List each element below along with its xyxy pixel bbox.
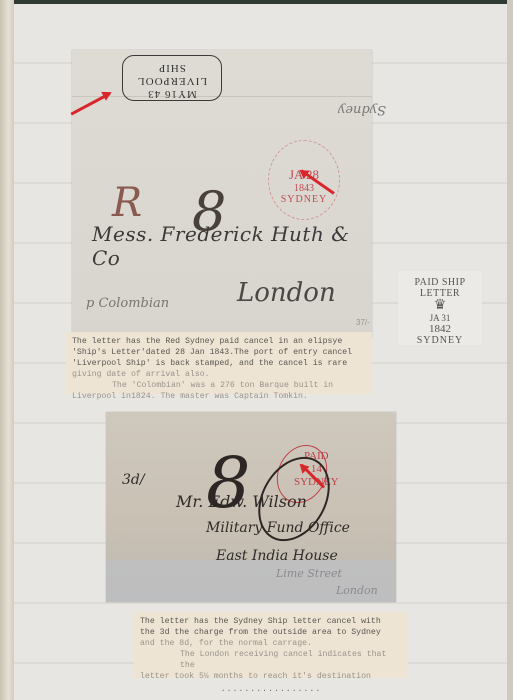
caption-line: giving date of arrival also. [72,369,366,380]
address-line-2: London [237,278,336,308]
caption-line: 'Ship's Letter'dated 28 Jan 1843.The por… [72,347,366,358]
backstamp-town: LIVERPOOL [123,74,221,87]
caption-line: The letter has the Red Sydney paid cance… [72,336,366,347]
caption-cover-2: The letter has the Sydney Ship letter ca… [134,612,408,678]
fold-line [72,96,372,97]
ref-cancel-arc: PAID SHIP LETTER [398,277,482,299]
caption-line: letter took 5½ months to reach it's dest… [140,671,402,682]
ref-cancel-year: 1842 [398,323,482,335]
ref-cancel-city: SYDNEY [398,335,482,346]
cancel-city: SYDNEY [269,194,339,205]
caption-line: 'Liverpool Ship' is back stamped, and th… [72,358,366,369]
page-right-edge [507,0,513,700]
caption-line: and the 8d, for the normal carrage. [140,638,402,649]
address-line-1: Mr. Edw. Wilson [176,492,307,511]
crown-icon: ♛ [398,299,482,313]
ship-endorsement: p Colombian [86,296,169,311]
caption-line: The London receiving cancel indicates th… [140,649,402,671]
ref-cancel-date: JA 31 [398,313,482,323]
cover-1-entire: MY16 43 LIVERPOOL SHIP Sydney JA 28 1843… [72,50,372,338]
cover-2-entire: 3d/ 8 PAID 14 SYDNEY Mr. Edw. Wilson Mil… [106,412,396,602]
address-line-5: London [336,584,378,597]
caption-cover-1: The letter has the Red Sydney paid cance… [66,332,372,394]
backstamp-date: MY16 43 [123,87,221,100]
address-line-4: Lime Street [276,567,342,580]
caption-line: The 'Colombian' was a 276 ton Barque bui… [72,380,366,391]
manuscript-rate-red: R [112,180,142,226]
reference-cancel-illustration: PAID SHIP LETTER ♛ JA 31 1842 SYDNEY [398,271,482,345]
address-line-1: Mess. Frederick Huth & Co [92,222,372,270]
caption-line: Liverpool in1824. The master was Captain… [72,391,366,402]
caption-line: the 3d the charge from the outside area … [140,627,402,638]
manuscript-sydney-note: Sydney [338,102,386,117]
album-binding [0,0,14,700]
caption-divider: ................. [140,684,402,695]
backstamp-type: SHIP [123,61,221,74]
manuscript-rate: 8 [206,442,251,524]
sydney-paid-ship-letter-cancel: JA 28 1843 SYDNEY [268,140,340,220]
caption-line: The letter has the Sydney Ship letter ca… [140,616,402,627]
liverpool-ship-backstamp: MY16 43 LIVERPOOL SHIP [122,55,222,101]
address-line-2: Military Fund Office [206,520,350,536]
rate-note: 3d/ [122,472,145,488]
pencil-price-code: 37/- [356,318,370,327]
